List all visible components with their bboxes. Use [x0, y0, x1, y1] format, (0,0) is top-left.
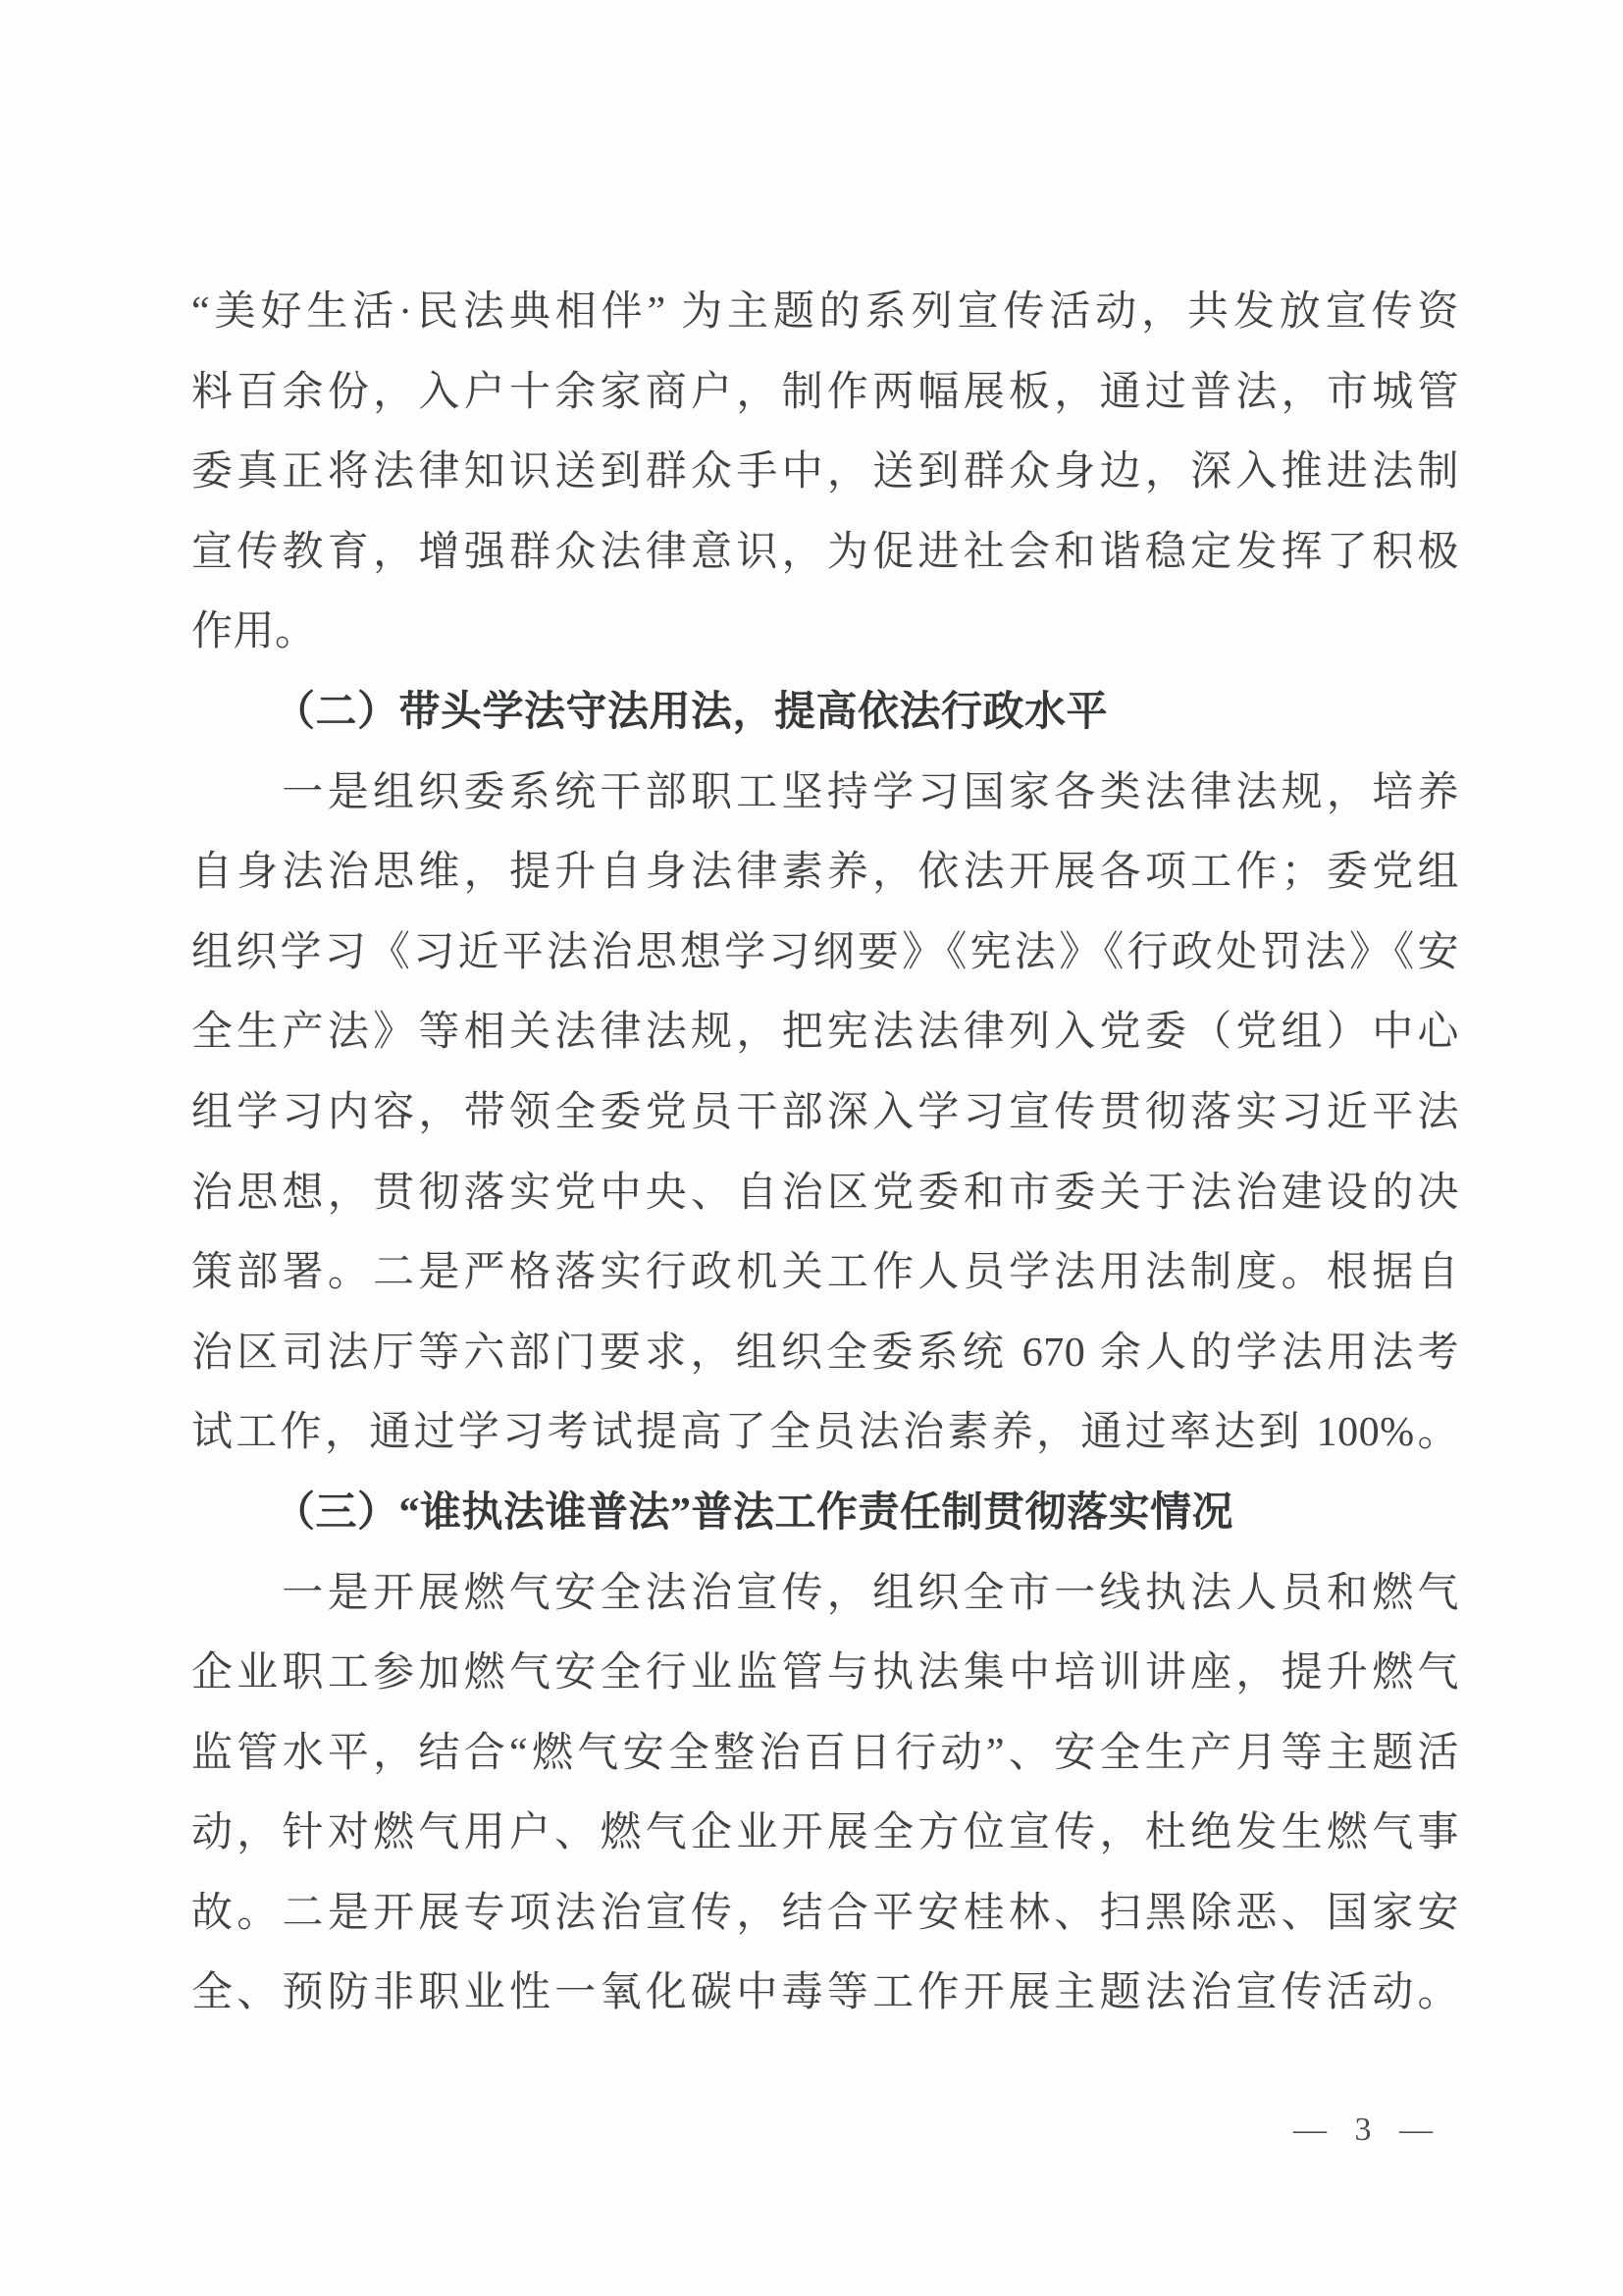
text-line: 治思想，贯彻落实党中央、自治区党委和市委关于法治建设的决 [191, 1154, 1459, 1234]
section-heading-2: （二）带头学法守法用法，提高依法行政水平 [191, 673, 1459, 754]
text-line: 委真正将法律知识送到群众手中，送到群众身边，深入推进法制 [191, 433, 1459, 513]
text-line: 一是开展燃气安全法治宣传，组织全市一线执法人员和燃气 [191, 1554, 1459, 1635]
section-heading-3: （三）“谁执法谁普法”普法工作责任制贯彻落实情况 [191, 1474, 1459, 1554]
page-number: — 3 — [1293, 2112, 1442, 2149]
text-line: 一是组织委系统干部职工坚持学习国家各类法律法规，培养 [191, 754, 1459, 834]
text-line: 全、预防非职业性一氧化碳中毒等工作开展主题法治宣传活动。 [191, 1954, 1459, 2034]
text-line: 动，针对燃气用户、燃气企业开展全方位宣传，杜绝发生燃气事 [191, 1794, 1459, 1874]
text-line: 作用。 [191, 593, 1459, 673]
text-line: 组织学习《习近平法治思想学习纲要》《宪法》《行政处罚法》《安 [191, 913, 1459, 994]
text-line: 全生产法》等相关法律法规，把宪法法律列入党委（党组）中心 [191, 993, 1459, 1073]
text-line: 治区司法厅等六部门要求，组织全委系统 670 余人的学法用法考 [191, 1314, 1459, 1394]
text-line: “美好生活·民法典相伴” 为主题的系列宣传活动，共发放宣传资 [191, 273, 1459, 353]
text-line: 策部署。二是严格落实行政机关工作人员学法用法制度。根据自 [191, 1233, 1459, 1314]
text-line: 自身法治思维，提升自身法律素养，依法开展各项工作；委党组 [191, 833, 1459, 913]
text-line: 试工作，通过学习考试提高了全员法治素养，通过率达到 100%。 [191, 1393, 1459, 1474]
text-line: 宣传教育，增强群众法律意识，为促进社会和谐稳定发挥了积极 [191, 513, 1459, 594]
document-text-block: “美好生活·民法典相伴” 为主题的系列宣传活动，共发放宣传资 料百余份，入户十余… [191, 273, 1459, 2034]
text-line: 故。二是开展专项法治宣传，结合平安桂林、扫黑除恶、国家安 [191, 1874, 1459, 1955]
text-line: 组学习内容，带领全委党员干部深入学习宣传贯彻落实习近平法 [191, 1073, 1459, 1154]
text-line: 监管水平，结合“燃气安全整治百日行动”、安全生产月等主题活 [191, 1714, 1459, 1795]
text-line: 料百余份，入户十余家商户，制作两幅展板，通过普法，市城管 [191, 353, 1459, 434]
text-line: 企业职工参加燃气安全行业监管与执法集中培训讲座，提升燃气 [191, 1634, 1459, 1714]
document-page: “美好生活·民法典相伴” 为主题的系列宣传活动，共发放宣传资 料百余份，入户十余… [0, 0, 1623, 2296]
